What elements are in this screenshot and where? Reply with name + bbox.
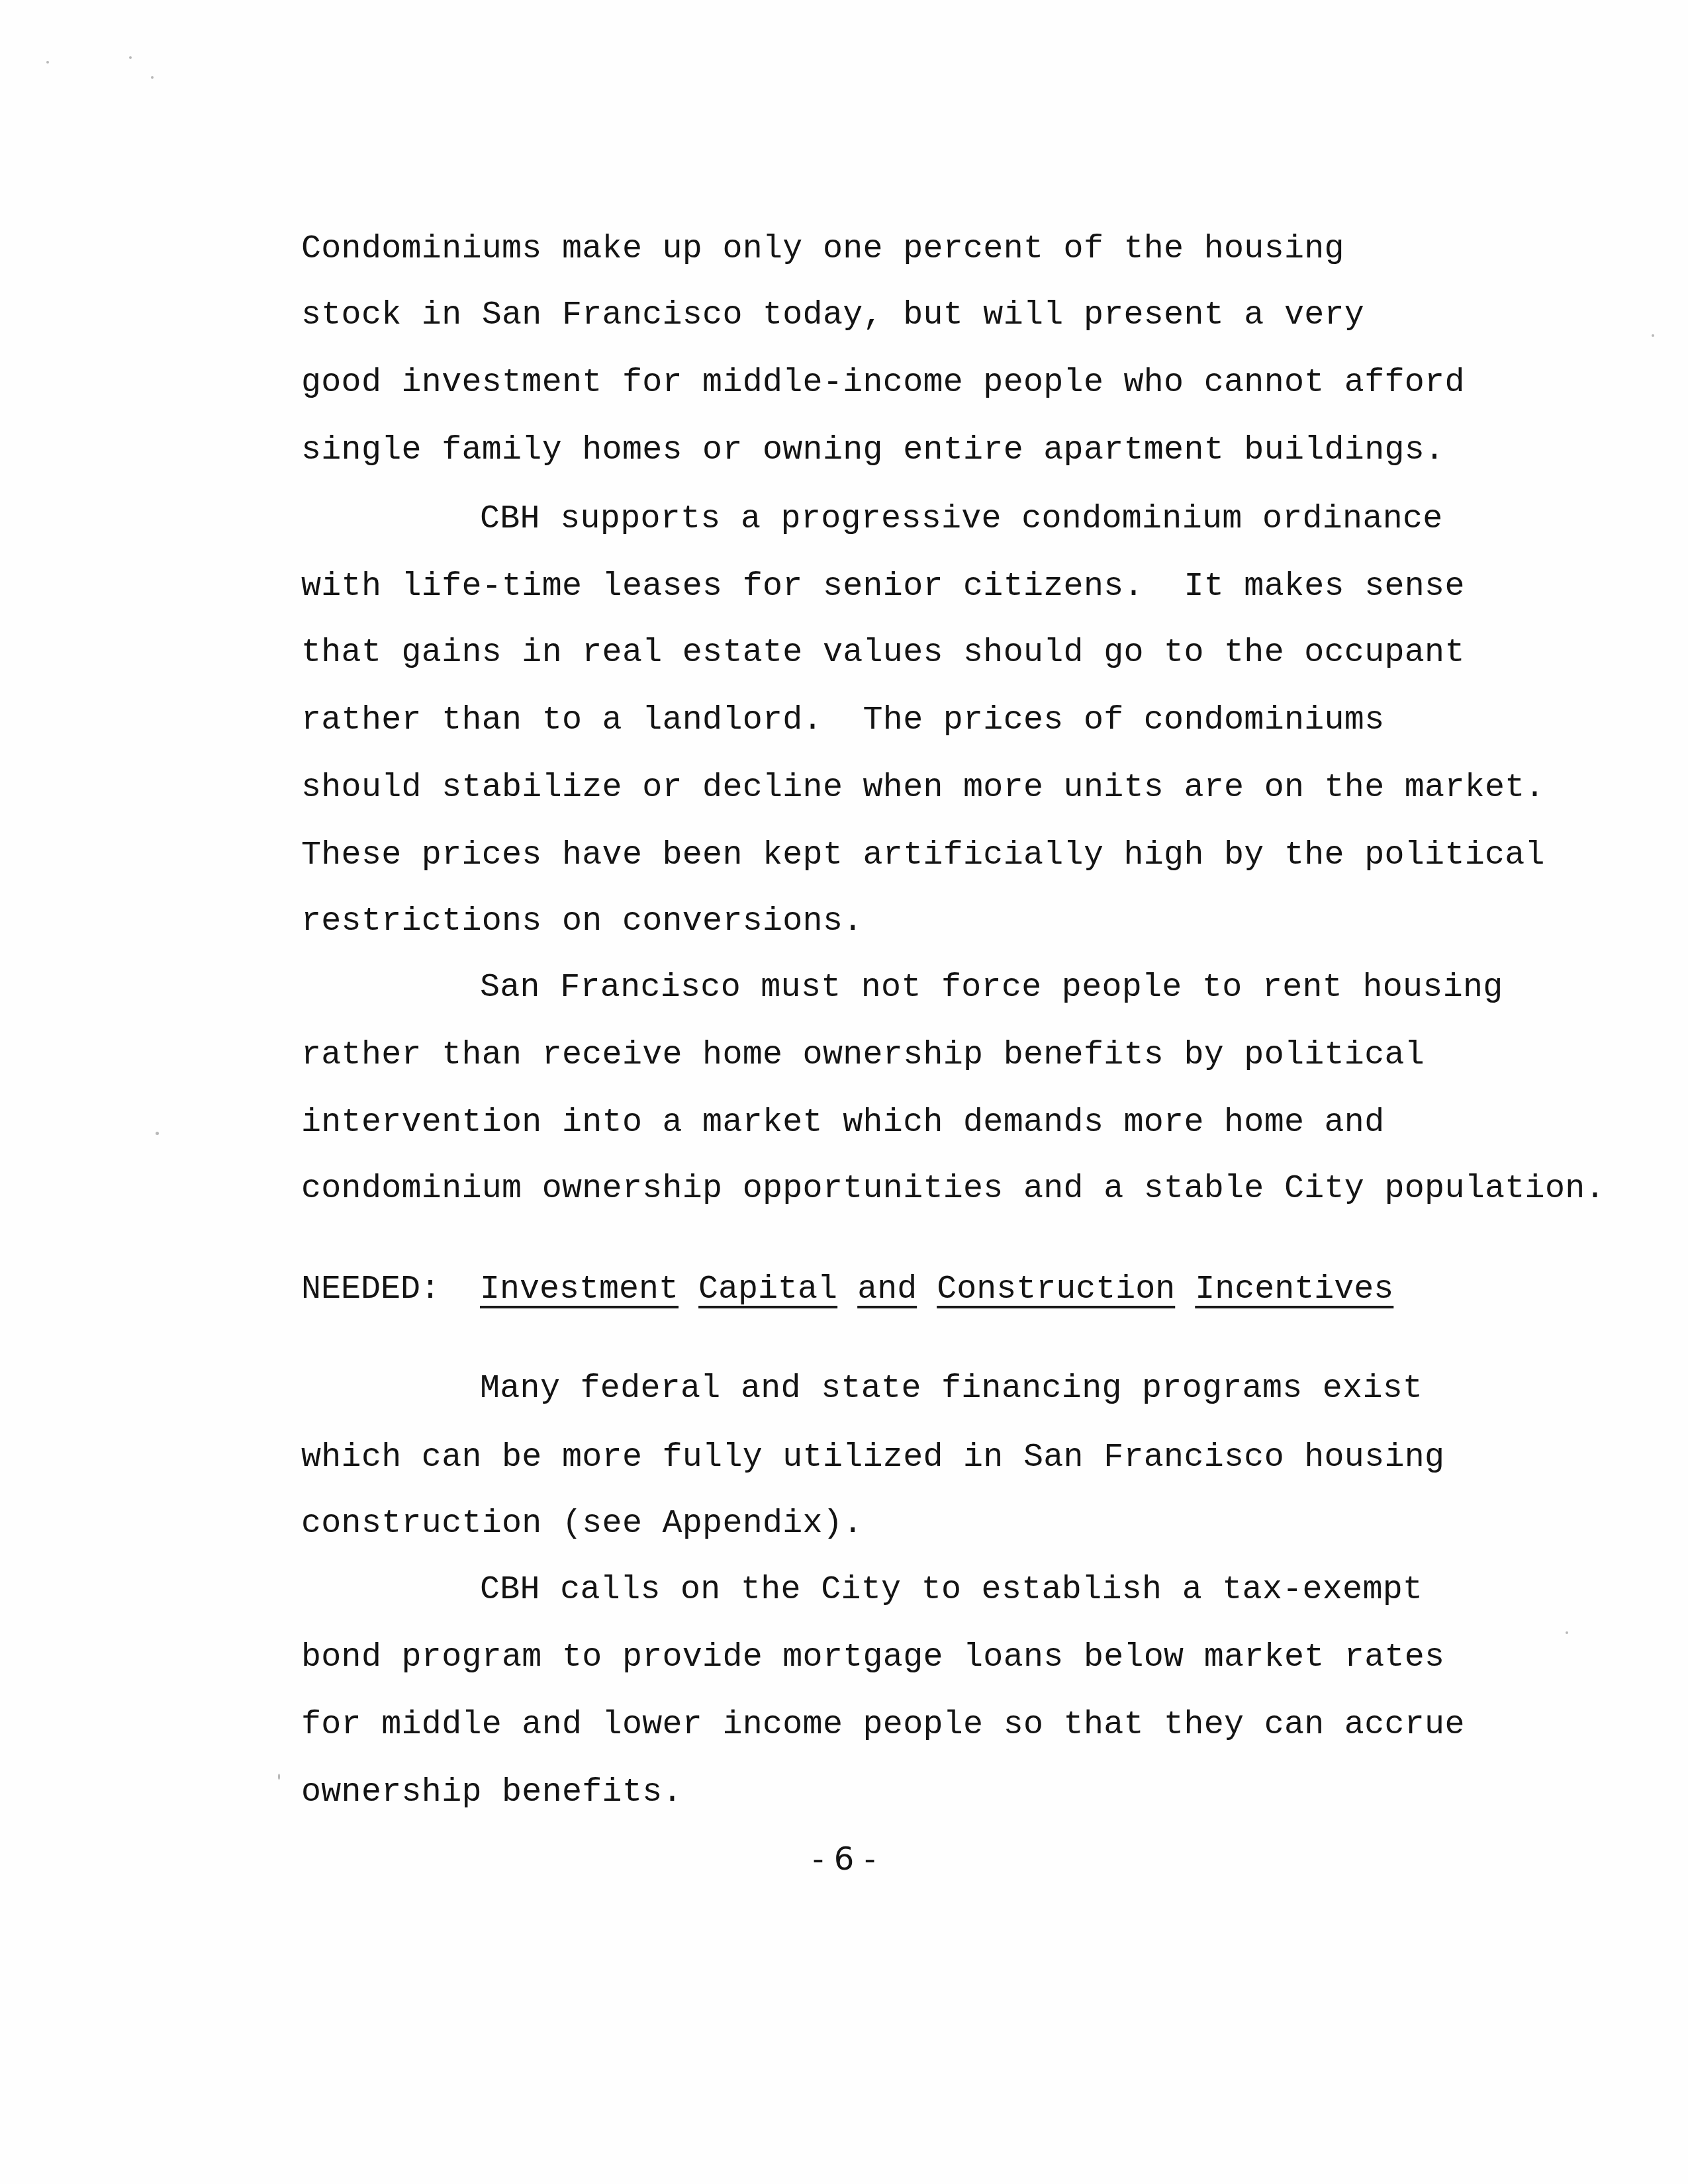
heading-word: Investment — [480, 1271, 679, 1308]
text-line: San Francisco must not force people to r… — [480, 968, 1503, 1008]
text-line: Condominiums make up only one percent of… — [301, 230, 1344, 269]
heading-word: Incentives — [1195, 1271, 1393, 1308]
text-line: CBH supports a progressive condominium o… — [480, 500, 1443, 539]
text-line: restrictions on conversions. — [301, 902, 863, 942]
text-line: rather than receive home ownership benef… — [301, 1036, 1425, 1075]
scan-speck — [151, 76, 154, 79]
heading-word: Capital — [698, 1271, 837, 1308]
text-line: should stabilize or decline when more un… — [301, 768, 1545, 808]
text-line: condominium ownership opportunities and … — [301, 1169, 1605, 1209]
text-line: These prices have been kept artificially… — [301, 836, 1545, 876]
section-heading-title: Investment Capital and Construction Ince… — [480, 1270, 1393, 1310]
scan-speck — [129, 56, 132, 59]
text-line: with life-time leases for senior citizen… — [301, 567, 1465, 607]
heading-word: and — [857, 1271, 917, 1308]
section-heading-label: NEEDED: — [301, 1270, 440, 1310]
text-line: that gains in real estate values should … — [301, 633, 1465, 673]
text-line: single family homes or owning entire apa… — [301, 431, 1444, 471]
text-line: good investment for middle-income people… — [301, 363, 1465, 403]
scan-speck — [1652, 334, 1654, 337]
text-line: rather than to a landlord. The prices of… — [301, 701, 1384, 741]
text-line: bond program to provide mortgage loans b… — [301, 1638, 1444, 1678]
scan-speck — [156, 1132, 159, 1135]
document-page: Condominiums make up only one percent of… — [0, 0, 1688, 2184]
text-line: for middle and lower income people so th… — [301, 1706, 1465, 1745]
scan-speck — [46, 61, 49, 64]
text-line: Many federal and state financing program… — [480, 1369, 1423, 1409]
page-number: - 6 - — [0, 1841, 1688, 1878]
text-line: construction (see Appendix). — [301, 1504, 863, 1544]
text-line: ownership benefits. — [301, 1773, 682, 1813]
heading-word: Construction — [937, 1271, 1175, 1308]
text-line: intervention into a market which demands… — [301, 1103, 1384, 1143]
text-line: CBH calls on the City to establish a tax… — [480, 1570, 1423, 1610]
scan-speck — [1566, 1631, 1568, 1634]
text-line: which can be more fully utilized in San … — [301, 1438, 1444, 1478]
text-line: stock in San Francisco today, but will p… — [301, 296, 1364, 336]
scan-speck — [278, 1774, 280, 1780]
